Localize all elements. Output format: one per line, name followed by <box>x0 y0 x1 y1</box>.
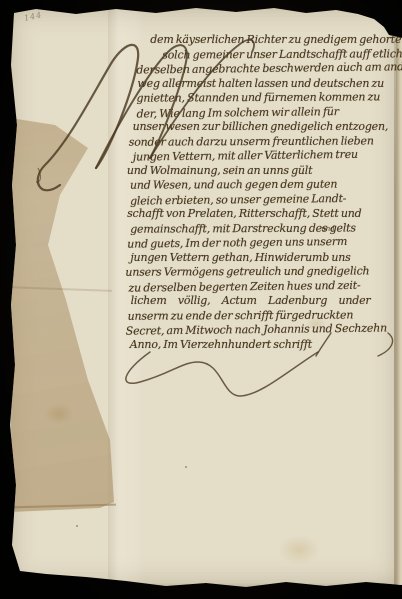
adjacent-page-edge <box>396 27 402 591</box>
manuscript-line: jungen Vettern gethan, Hinwiderumb uns <box>125 250 393 265</box>
manuscript-line: unser wesen zur billichen gnedigelich en… <box>125 120 393 135</box>
manuscript-line: jungen Vettern, mit aller Vätterlichem t… <box>125 147 393 165</box>
manuscript-line: Anno, Im Vierzehnhundert schrifft <box>126 337 394 352</box>
manuscript-line: schafft von Prelaten, Ritterschafft, Ste… <box>125 207 393 222</box>
manuscript-line: gleich erbieten, so unser gemeine Landt- <box>125 191 393 209</box>
manuscript-line: und guets, Im der noth gegen uns unserm <box>125 234 393 252</box>
manuscript-line: derselben angebrachte beschwerden auch a… <box>124 60 392 78</box>
paper-stain <box>278 535 320 565</box>
ink-speck <box>185 466 187 468</box>
manuscript-text-block: dem käyserlichen Richter zu gnedigem geh… <box>124 32 394 352</box>
manuscript-line: zu derselben begerten Zeiten hues und ze… <box>125 278 393 296</box>
interlinear-insertion: und <box>321 225 335 233</box>
ink-speck <box>76 525 78 527</box>
manuscript-line: unsers Vermögens getreulich und gnedigel… <box>125 264 393 280</box>
manuscript-line: Secret, am Mitwoch nach Johannis und Sec… <box>126 321 394 339</box>
paper-stain <box>44 403 74 425</box>
manuscript-line: weg allermeist halten lassen und deutsch… <box>124 77 392 92</box>
photograph-background: { "document": { "kind": "handwritten man… <box>0 0 402 599</box>
manuscript-line: und Wesen, und auch gegen dem guten <box>125 177 393 193</box>
manuscript-line: dem käyserlichen Richter zu gnedigem geh… <box>124 33 392 48</box>
manuscript-line: lichem völlig, Actum Ladenburg under <box>126 294 394 309</box>
manuscript-line: gnietten, Stannden und fürnemen kommen z… <box>124 90 392 106</box>
manuscript-line: der, Wie lang Im solchem wir allein für <box>125 104 393 122</box>
manuscript-line: und Wolmainung, sein an unns gült <box>125 164 393 179</box>
